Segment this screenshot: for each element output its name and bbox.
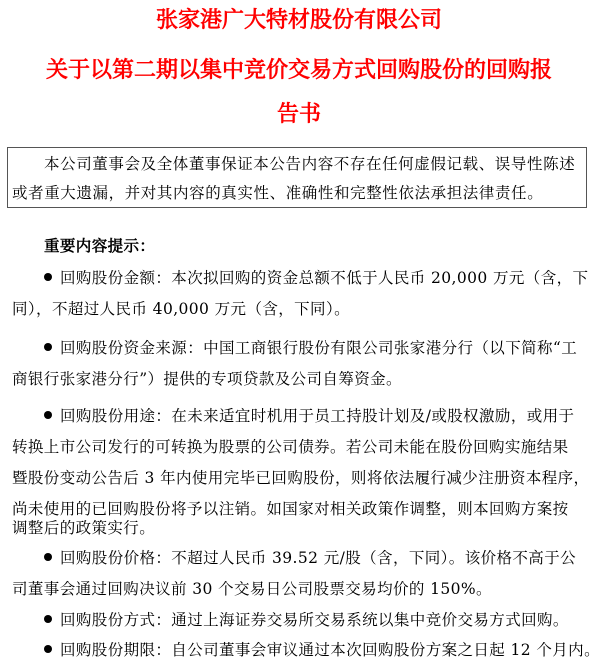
item-price-line2: 司董事会通过回购决议前 30 个交易日公司股票交易均价的 150%。 [12,579,492,599]
item-funding-line2: 商银行张家港分行”）提供的专项贷款及公司自筹资金。 [12,369,402,389]
bullet-icon [44,343,52,351]
key-points-heading: 重要内容提示： [44,236,155,256]
item-period-line1: 回购股份期限：自公司董事会审议通过本次回购股份方案之日起 12 个月内。 [44,640,598,660]
bullet-icon [44,273,52,281]
item-method-line1: 回购股份方式：通过上海证券交易所交易系统以集中竞价交易方式回购。 [44,610,569,630]
bullet-icon [44,411,52,419]
report-title-line1: 关于以第二期以集中竞价交易方式回购股份的回购报 [0,56,598,86]
board-statement-line1: 本公司董事会及全体董事保证本公告内容不存在任何虚假记载、误导性陈述 [44,154,575,174]
report-title-line2: 告书 [0,100,598,130]
company-title: 张家港广大特材股份有限公司 [0,6,598,36]
bullet-icon [44,645,52,653]
item-purpose-line4: 尚未使用的已回购股份将予以注销。如国家对相关政策作调整，则本回购方案按 [12,499,569,519]
item-amount-line2: 同），不超过人民币 40,000 万元（含，下同）。 [12,299,350,319]
item-purpose-line5: 调整后的政策实行。 [12,518,155,538]
item-purpose-line2: 转换上市公司发行的可转换为股票的公司债券。若公司未能在股份回购实施结果 [12,437,569,457]
item-purpose-line1: 回购股份用途：在未来适宜时机用于员工持股计划及/或股权激励，或用于 [44,406,574,426]
item-price-line1: 回购股份价格：不超过人民币 39.52 元/股（含，下同）。该价格不高于公 [44,548,576,568]
bullet-icon [44,615,52,623]
board-statement-line2: 或者重大遗漏，并对其内容的真实性、准确性和完整性依法承担法律责任。 [12,183,543,203]
item-purpose-line3: 暨股份变动公告后 3 年内使用完毕已回购股份，则将依法履行减少注册资本程序， [12,468,589,488]
bullet-icon [44,553,52,561]
item-amount-line1: 回购股份金额：本次拟回购的资金总额不低于人民币 20,000 万元（含，下 [44,268,588,288]
item-funding-line1: 回购股份资金来源：中国工商银行股份有限公司张家港分行（以下简称“工 [44,338,577,358]
